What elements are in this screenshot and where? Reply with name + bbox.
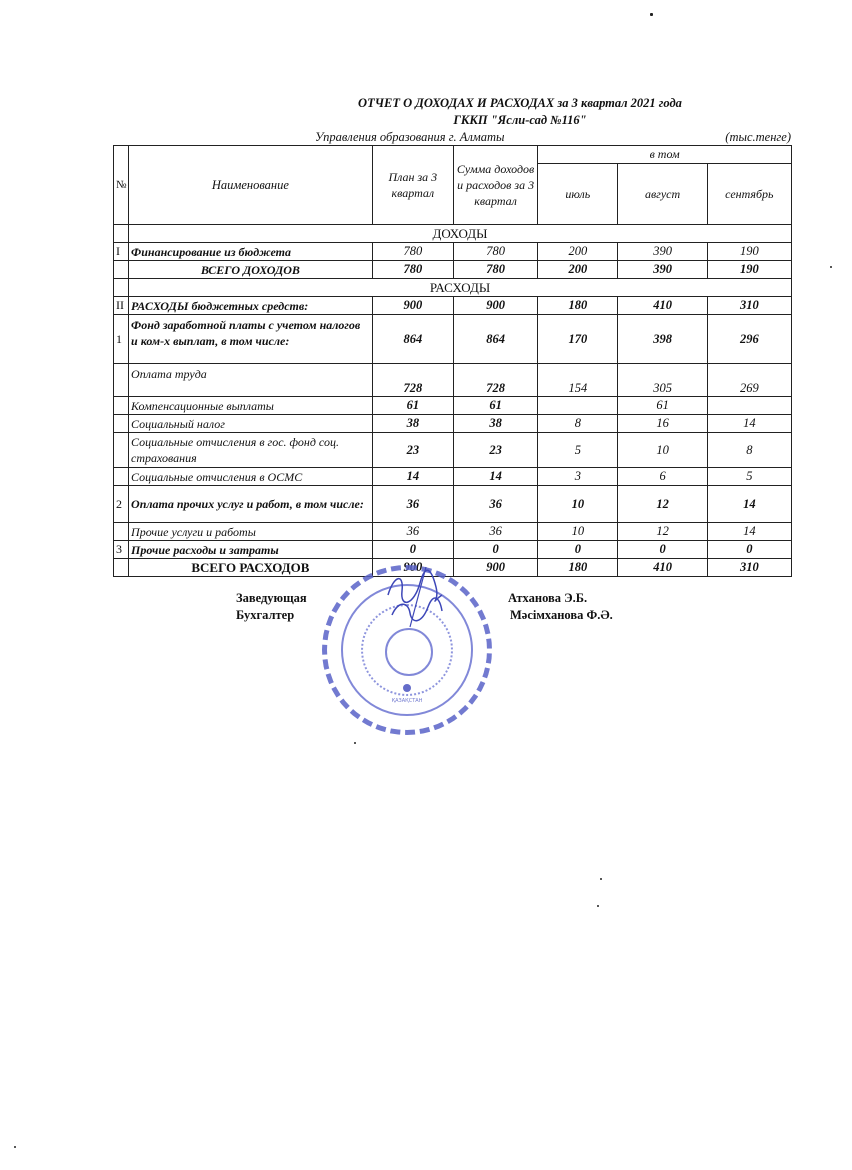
row-sum: 780	[453, 261, 537, 279]
row-sum: 780	[453, 243, 537, 261]
table-row: ВСЕГО РАСХОДОВ 900 900 180 410 310	[114, 559, 792, 577]
row-july	[538, 397, 618, 415]
header-sum: Сумма доходов и расходов за 3 квартал	[453, 146, 537, 225]
row-september: 190	[707, 243, 791, 261]
row-plan: 780	[372, 261, 453, 279]
row-sum: 14	[453, 468, 537, 486]
table-row: Социальные отчисления в гос. фонд соц. с…	[114, 433, 792, 468]
row-number: 3	[114, 541, 129, 559]
report-title: ОТЧЕТ О ДОХОДАХ И РАСХОДАХ за 3 квартал …	[270, 95, 770, 112]
row-september: 310	[707, 297, 791, 315]
section-income: ДОХОДЫ	[129, 225, 792, 243]
row-sum: 23	[453, 433, 537, 468]
header-month-group: в том	[538, 146, 792, 164]
scan-speck	[14, 1146, 16, 1148]
row-name: Финансирование из бюджета	[129, 243, 373, 261]
row-august: 10	[618, 433, 707, 468]
row-august: 6	[618, 468, 707, 486]
row-name: РАСХОДЫ бюджетных средств:	[129, 297, 373, 315]
table-row: Социальные отчисления в ОСМС 14 14 3 6 5	[114, 468, 792, 486]
row-name: Фонд заработной платы с учетом налогов и…	[129, 315, 373, 364]
row-july: 170	[538, 315, 618, 364]
row-august: 0	[618, 541, 707, 559]
document-page: ОТЧЕТ О ДОХОДАХ И РАСХОДАХ за 3 квартал …	[0, 0, 852, 1170]
header-number: №	[114, 146, 129, 225]
table-row: Оплата труда 728 728 154 305 269	[114, 364, 792, 397]
table-row: 2 Оплата прочих услуг и работ, в том чис…	[114, 486, 792, 523]
row-july: 10	[538, 486, 618, 523]
row-plan: 36	[372, 486, 453, 523]
income-expense-table: № Наименование План за 3 квартал Сумма д…	[113, 145, 792, 577]
signature-person: Мәсімханова Ф.Ә.	[510, 607, 613, 624]
row-september: 14	[707, 486, 791, 523]
header-month-september: сентябрь	[707, 164, 791, 225]
table-row: I Финансирование из бюджета 780 780 200 …	[114, 243, 792, 261]
row-number: 2	[114, 486, 129, 523]
row-sum: 900	[453, 559, 537, 577]
section-spacer	[114, 225, 129, 243]
row-plan: 38	[372, 415, 453, 433]
row-july: 154	[538, 364, 618, 397]
row-july: 180	[538, 297, 618, 315]
row-august: 390	[618, 261, 707, 279]
subtitle-row: Управления образования г. Алматы (тыс.те…	[113, 130, 791, 146]
row-number	[114, 415, 129, 433]
row-september: 14	[707, 523, 791, 541]
row-august: 305	[618, 364, 707, 397]
section-spacer	[114, 279, 129, 297]
row-plan: 14	[372, 468, 453, 486]
row-number	[114, 559, 129, 577]
row-number: I	[114, 243, 129, 261]
row-plan: 900	[372, 297, 453, 315]
row-plan: 36	[372, 523, 453, 541]
organization-name: ГККП "Ясли-сад №116"	[270, 112, 770, 129]
row-plan: 728	[372, 364, 453, 397]
row-september: 14	[707, 415, 791, 433]
signature-person: Атханова Э.Б.	[508, 590, 587, 607]
row-august: 61	[618, 397, 707, 415]
row-plan: 0	[372, 541, 453, 559]
signature-role: Бухгалтер	[236, 607, 294, 624]
row-plan: 864	[372, 315, 453, 364]
row-number	[114, 397, 129, 415]
row-july: 180	[538, 559, 618, 577]
row-july: 5	[538, 433, 618, 468]
row-number	[114, 364, 129, 397]
department-name: Управления образования г. Алматы	[315, 130, 505, 145]
row-july: 200	[538, 243, 618, 261]
stamp-dot	[403, 684, 411, 692]
row-july: 0	[538, 541, 618, 559]
table-row: 3 Прочие расходы и затраты 0 0 0 0 0	[114, 541, 792, 559]
table-row: Социальный налог 38 38 8 16 14	[114, 415, 792, 433]
signature-row: Заведующая Атханова Э.Б.	[236, 590, 636, 607]
row-july: 8	[538, 415, 618, 433]
row-august: 12	[618, 523, 707, 541]
state-emblem-icon	[385, 628, 433, 676]
row-number: II	[114, 297, 129, 315]
row-sum: 864	[453, 315, 537, 364]
header-month-july: июль	[538, 164, 618, 225]
table-row: Прочие услуги и работы 36 36 10 12 14	[114, 523, 792, 541]
row-august: 410	[618, 559, 707, 577]
row-plan: 61	[372, 397, 453, 415]
row-name: Социальный налог	[129, 415, 373, 433]
row-name: Оплата прочих услуг и работ, в том числе…	[129, 486, 373, 523]
row-name: Социальные отчисления в гос. фонд соц. с…	[129, 433, 373, 468]
row-sum: 61	[453, 397, 537, 415]
table-row: Компенсационные выплаты 61 61 61	[114, 397, 792, 415]
header-month-august: август	[618, 164, 707, 225]
report-title-block: ОТЧЕТ О ДОХОДАХ И РАСХОДАХ за 3 квартал …	[270, 95, 770, 129]
row-sum: 36	[453, 486, 537, 523]
table-row: 1 Фонд заработной платы с учетом налогов…	[114, 315, 792, 364]
section-expenses: РАСХОДЫ	[129, 279, 792, 297]
row-number	[114, 433, 129, 468]
row-plan: 780	[372, 243, 453, 261]
signature-role: Заведующая	[236, 590, 307, 607]
row-august: 16	[618, 415, 707, 433]
row-july: 10	[538, 523, 618, 541]
row-july: 3	[538, 468, 618, 486]
scan-speck	[354, 742, 356, 744]
row-sum: 900	[453, 297, 537, 315]
table-row: ВСЕГО ДОХОДОВ 780 780 200 390 190	[114, 261, 792, 279]
row-september: 190	[707, 261, 791, 279]
row-sum: 36	[453, 523, 537, 541]
header-plan: План за 3 квартал	[372, 146, 453, 225]
row-august: 12	[618, 486, 707, 523]
row-sum: 38	[453, 415, 537, 433]
row-name: Компенсационные выплаты	[129, 397, 373, 415]
row-name: Оплата труда	[129, 364, 373, 397]
row-number: 1	[114, 315, 129, 364]
row-name: Прочие услуги и работы	[129, 523, 373, 541]
row-september: 0	[707, 541, 791, 559]
header-name: Наименование	[129, 146, 373, 225]
row-september: 5	[707, 468, 791, 486]
row-sum: 0	[453, 541, 537, 559]
row-august: 410	[618, 297, 707, 315]
row-july: 200	[538, 261, 618, 279]
row-name: ВСЕГО РАСХОДОВ	[129, 559, 373, 577]
row-name: Социальные отчисления в ОСМС	[129, 468, 373, 486]
scan-speck	[597, 905, 599, 907]
row-september	[707, 397, 791, 415]
currency-units: (тыс.тенге)	[725, 130, 791, 145]
table-row: II РАСХОДЫ бюджетных средств: 900 900 18…	[114, 297, 792, 315]
row-september: 310	[707, 559, 791, 577]
row-number	[114, 523, 129, 541]
scan-speck	[650, 13, 653, 16]
row-number	[114, 468, 129, 486]
stamp-center-text: ҚАЗАҚСТАН	[379, 698, 435, 704]
row-september: 296	[707, 315, 791, 364]
scan-speck	[600, 878, 602, 880]
signatures-block: Заведующая Атханова Э.Б. Бухгалтер Мәсім…	[236, 590, 636, 624]
row-august: 398	[618, 315, 707, 364]
row-september: 269	[707, 364, 791, 397]
row-sum: 728	[453, 364, 537, 397]
row-plan: 23	[372, 433, 453, 468]
row-name: Прочие расходы и затраты	[129, 541, 373, 559]
row-name: ВСЕГО ДОХОДОВ	[129, 261, 373, 279]
scan-speck	[830, 266, 832, 268]
signature-row: Бухгалтер Мәсімханова Ф.Ә.	[236, 607, 636, 624]
row-september: 8	[707, 433, 791, 468]
row-number	[114, 261, 129, 279]
row-august: 390	[618, 243, 707, 261]
